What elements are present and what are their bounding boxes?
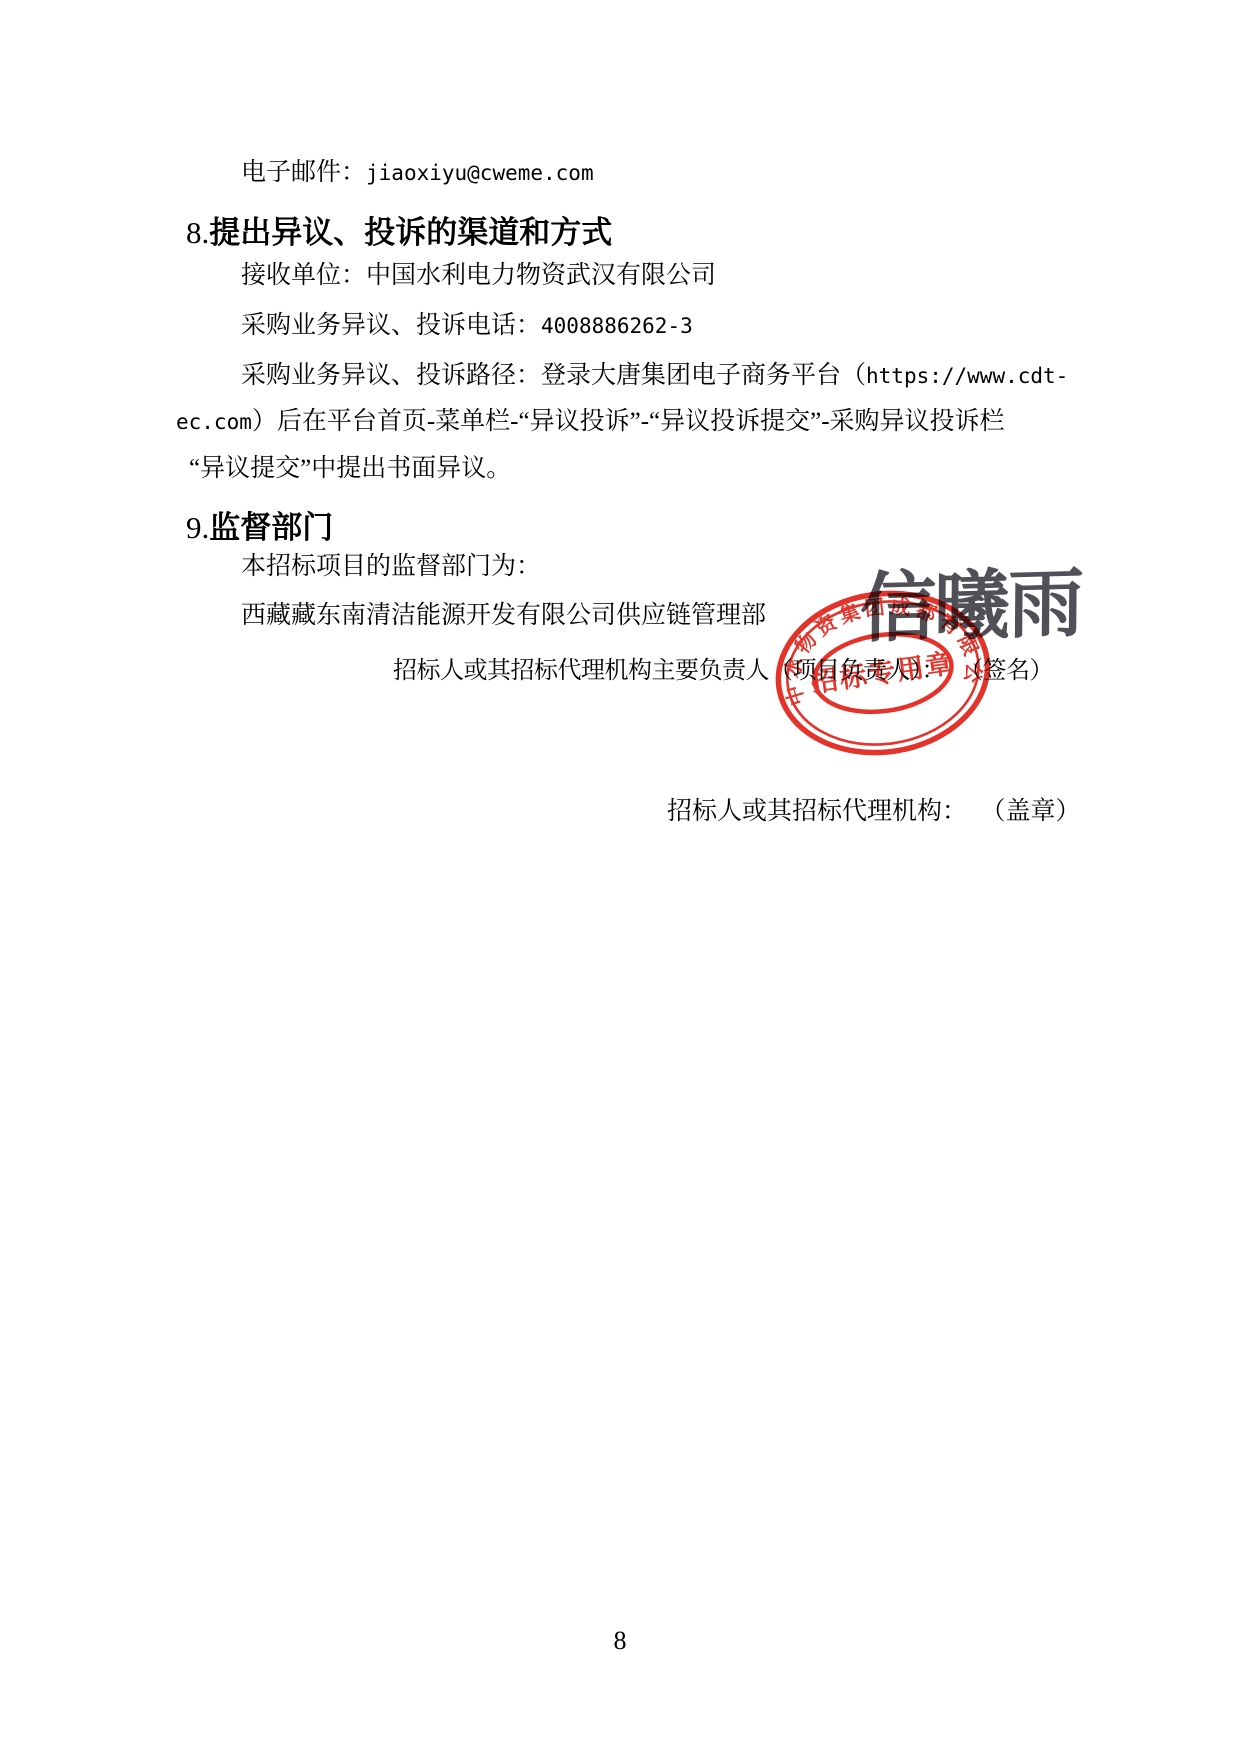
- stamp-here-hint: （盖章）: [993, 798, 1081, 825]
- section-8-number: 8.: [186, 215, 209, 250]
- red-company-seal: 中水物资集团成都有限公司 招标专用章: [757, 567, 1008, 780]
- page-number: 8: [0, 1626, 1240, 1656]
- email-line: 电子邮件：jiaoxiyu@cweme.com: [241, 156, 594, 190]
- email-label: 电子邮件：: [241, 159, 366, 186]
- complaint-path-url-part2: ec.com: [176, 410, 252, 434]
- phone-number: 4008886262-3: [541, 314, 693, 338]
- supervision-intro-line: 本招标项目的监督部门为：: [241, 550, 541, 583]
- complaint-path-line-2: ec.com）后在平台首页-菜单栏-“异议投诉”-“异议投诉提交”-采购异议投诉…: [176, 405, 1005, 439]
- phone-line: 采购业务异议、投诉电话：4008886262-3: [241, 309, 693, 343]
- section-9-number: 9.: [186, 510, 209, 545]
- complaint-path-line-3: “异议提交”中提出书面异议。: [189, 452, 511, 485]
- supervision-dept-line: 西藏藏东南清洁能源开发有限公司供应链管理部: [241, 599, 766, 632]
- org-seal-line: 招标人或其招标代理机构：（盖章）: [667, 795, 1081, 828]
- complaint-path-url-part1: https://www.cdt-: [866, 364, 1068, 388]
- complaint-path-text-2: ）后在平台首页-菜单栏-“异议投诉”-“异议投诉提交”-采购异议投诉栏: [252, 408, 1005, 435]
- complaint-path-text: 采购业务异议、投诉路径：登录大唐集团电子商务平台（: [241, 362, 866, 389]
- receiver-line: 接收单位：中国水利电力物资武汉有限公司: [241, 259, 716, 292]
- complaint-path-line-1: 采购业务异议、投诉路径：登录大唐集团电子商务平台（https://www.cdt…: [241, 359, 1068, 393]
- org-seal-label: 招标人或其招标代理机构：: [667, 798, 967, 825]
- section-9-heading: 9.监督部门: [186, 508, 333, 548]
- section-9-title: 监督部门: [209, 510, 333, 545]
- section-8-heading: 8.提出异议、投诉的渠道和方式: [186, 213, 612, 253]
- section-8-title: 提出异议、投诉的渠道和方式: [209, 215, 612, 250]
- phone-label: 采购业务异议、投诉电话：: [241, 312, 541, 339]
- email-address: jiaoxiyu@cweme.com: [366, 161, 594, 185]
